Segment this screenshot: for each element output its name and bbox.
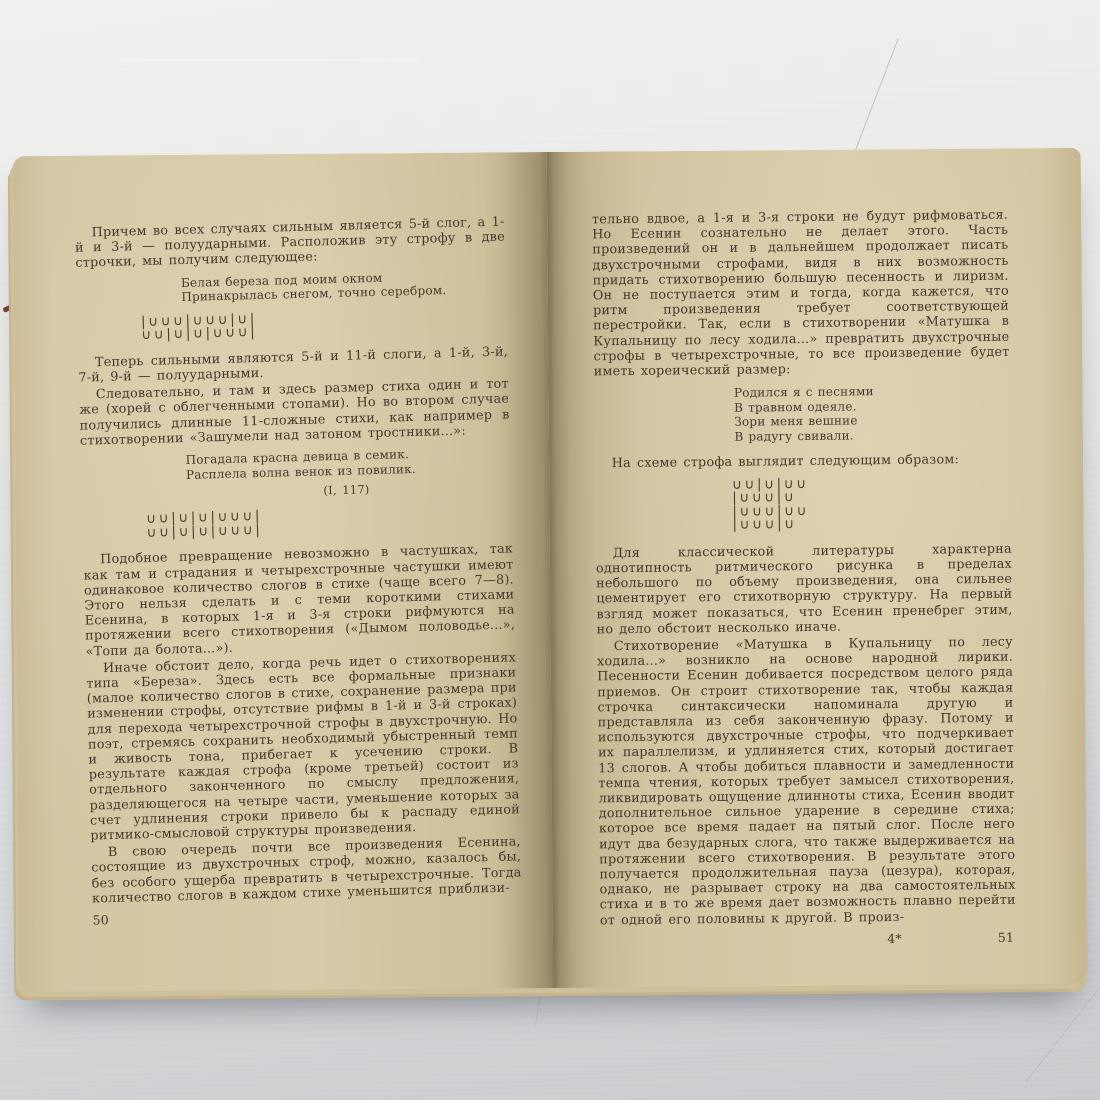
page-footer: 4* 51 <box>600 930 1016 951</box>
surface-speck <box>2 304 13 313</box>
open-book: Причем во всех случаях сильным является … <box>13 148 1088 992</box>
surface-scratch <box>1025 987 1100 1082</box>
meter-scheme: ∪∪|∪|∪∪ |∪∪∪|∪ |∪∪∪|∪∪ |∪∪∪|∪ <box>732 475 1012 532</box>
verse-block: Родился я с песнями В травном одеяле. Зо… <box>734 383 1011 445</box>
signature-mark: 4* <box>887 931 902 946</box>
right-page: тельно вдвое, а 1-я и 3-я строки не буду… <box>547 148 1088 988</box>
paragraph: В свою очередь почти все произведения Ес… <box>91 835 522 907</box>
paragraph: Подобное превращение невозможно в частуш… <box>83 542 516 660</box>
photo-surface: { "photo": { "surface_color_top": "#f0f0… <box>0 0 1100 1100</box>
verse-line: В радугу свивали. <box>734 427 1010 445</box>
paragraph: Следовательно, и там и здесь размер стих… <box>79 377 510 449</box>
paragraph: Иначе обстоит дело, когда речь идет о ст… <box>86 650 521 844</box>
page-footer: 50 <box>92 901 522 928</box>
verse-block: Погадала красна девица в семик. Расплела… <box>185 444 511 482</box>
paragraph: Для классической литературы характерна о… <box>596 541 1013 637</box>
meter-scheme: ∪∪|∪|∪|∪∪∪| ∪∪|∪|∪|∪∪∪| <box>146 504 513 541</box>
paragraph: Стихотворение «Матушка в Купальницу по л… <box>597 635 1016 929</box>
source-citation: (I, 117) <box>323 479 511 499</box>
paragraph: Причем во всех случаях сильным является … <box>74 215 505 272</box>
left-page: Причем во всех случаях сильным является … <box>13 152 554 992</box>
left-page-text: Причем во всех случаях сильным является … <box>74 215 522 929</box>
paragraph: На схеме строфа выглядит следующим образ… <box>595 451 1011 471</box>
right-page-text: тельно вдвое, а 1-я и 3-я строки не буду… <box>592 208 1016 951</box>
paragraph: тельно вдвое, а 1-я и 3-я строки не буду… <box>592 208 1010 380</box>
verse-block: Белая береза под моим окном Принакрылась… <box>181 267 507 305</box>
meter-scheme-line: |∪∪∪|∪ <box>732 516 1011 533</box>
page-number: 50 <box>92 912 109 928</box>
meter-scheme: |∪∪∪|∪∪∪|∪| ∪∪|∪|∪|∪∪∪| <box>141 306 508 343</box>
surface-scratch <box>120 60 420 61</box>
page-number: 51 <box>998 930 1014 945</box>
